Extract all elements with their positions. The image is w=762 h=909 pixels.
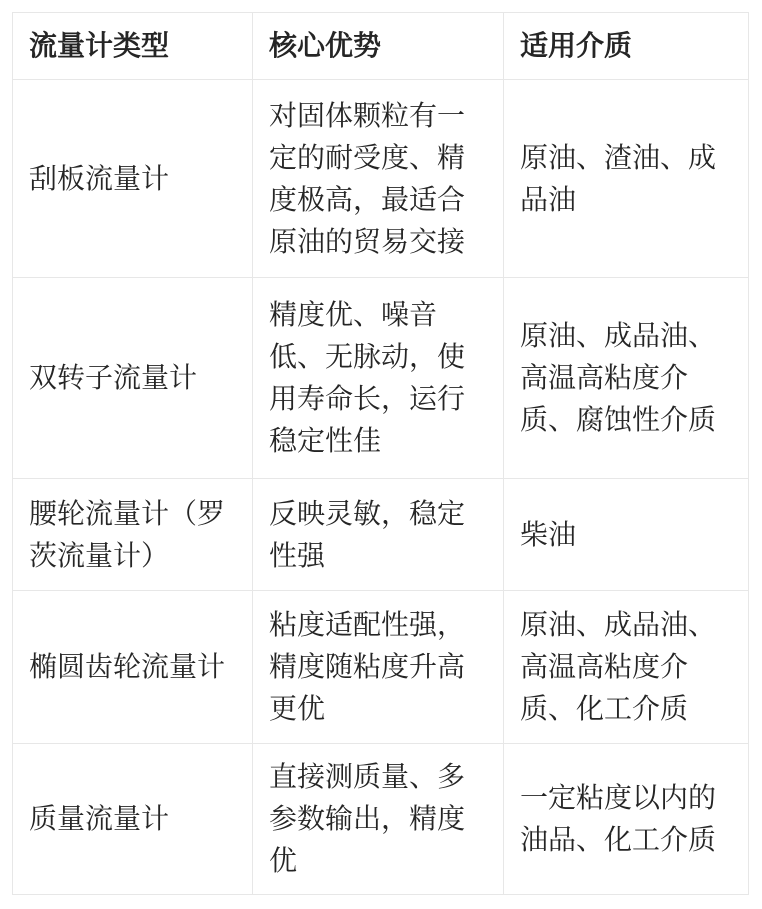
table-row: 双转子流量计 精度优、噪音低、无脉动，使用寿命长，运行稳定性佳 原油、成品油、高…: [13, 278, 749, 479]
cell-media: 原油、成品油、高温高粘度介质、化工介质: [504, 591, 749, 744]
cell-media: 柴油: [504, 479, 749, 591]
cell-type: 刮板流量计: [13, 80, 253, 278]
cell-advantage: 对固体颗粒有一定的耐受度、精度极高，最适合原油的贸易交接: [253, 80, 504, 278]
table-row: 腰轮流量计（罗茨流量计） 反映灵敏，稳定性强 柴油: [13, 479, 749, 591]
cell-type: 质量流量计: [13, 744, 253, 895]
cell-media: 一定粘度以内的油品、化工介质: [504, 744, 749, 895]
table-header-row: 流量计类型 核心优势 适用介质: [13, 13, 749, 80]
header-cell-type: 流量计类型: [13, 13, 253, 80]
cell-type: 椭圆齿轮流量计: [13, 591, 253, 744]
cell-media: 原油、成品油、高温高粘度介质、腐蚀性介质: [504, 278, 749, 479]
cell-advantage: 精度优、噪音低、无脉动，使用寿命长，运行稳定性佳: [253, 278, 504, 479]
cell-advantage: 粘度适配性强，精度随粘度升高更优: [253, 591, 504, 744]
table-row: 椭圆齿轮流量计 粘度适配性强，精度随粘度升高更优 原油、成品油、高温高粘度介质、…: [13, 591, 749, 744]
header-cell-advantage: 核心优势: [253, 13, 504, 80]
cell-advantage: 直接测质量、多参数输出，精度优: [253, 744, 504, 895]
cell-advantage: 反映灵敏，稳定性强: [253, 479, 504, 591]
header-cell-media: 适用介质: [504, 13, 749, 80]
flowmeter-comparison-table: 流量计类型 核心优势 适用介质 刮板流量计 对固体颗粒有一定的耐受度、精度极高，…: [12, 12, 749, 895]
cell-media: 原油、渣油、成品油: [504, 80, 749, 278]
table-row: 刮板流量计 对固体颗粒有一定的耐受度、精度极高，最适合原油的贸易交接 原油、渣油…: [13, 80, 749, 278]
cell-type: 双转子流量计: [13, 278, 253, 479]
table-row: 质量流量计 直接测质量、多参数输出，精度优 一定粘度以内的油品、化工介质: [13, 744, 749, 895]
cell-type: 腰轮流量计（罗茨流量计）: [13, 479, 253, 591]
